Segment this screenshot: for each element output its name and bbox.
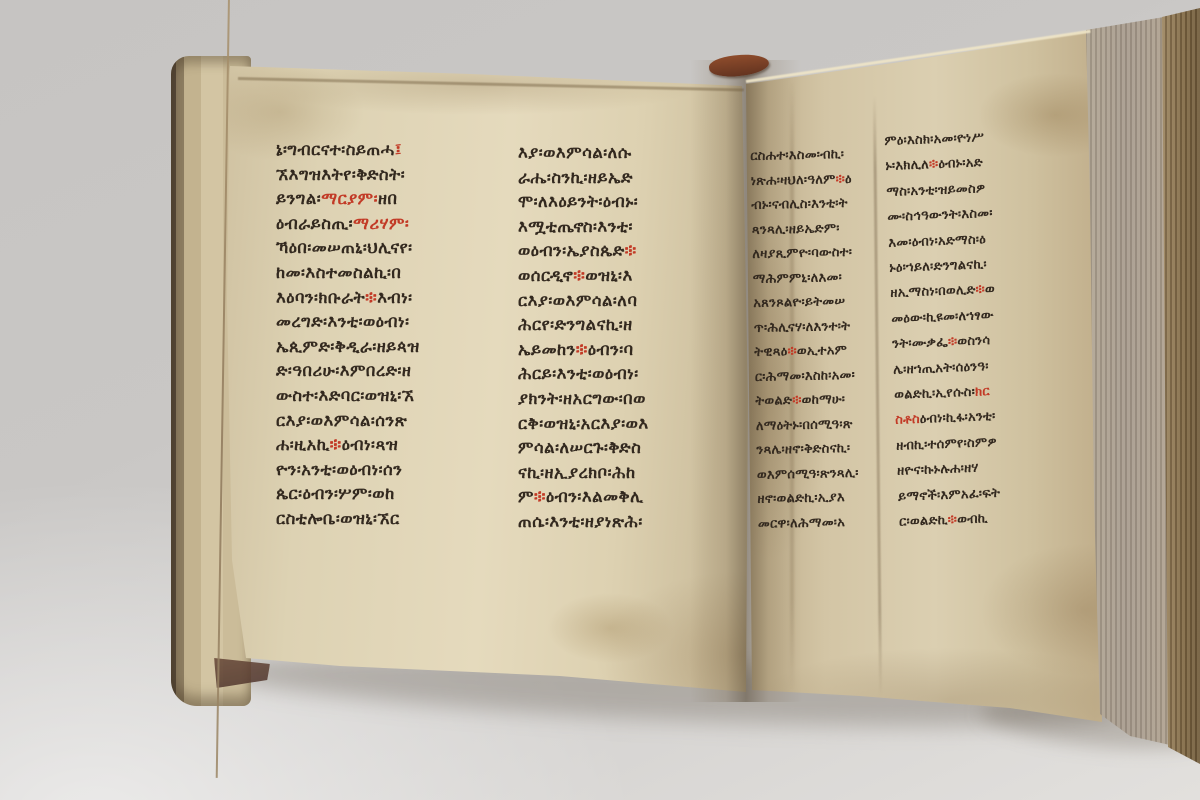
black-ink-text: ወብኪ	[957, 511, 988, 527]
black-ink-text: ዕብነ፡ኪፋ፡አንቲ፡	[920, 409, 996, 427]
rubric-red-text: ፨	[576, 340, 588, 359]
manuscript-text-line: ሞ፡ለእዕይንት፡ዕብኑ፡	[518, 190, 748, 215]
manuscript-text-line: ማሕምምኒ፡ለእመ፡	[753, 265, 885, 292]
black-ink-text: ወልድኪ፡ኢየሱስ፡	[894, 385, 975, 403]
black-ink-text: ውስተ፡እድባር፡ወዝኒ፡ኧ	[276, 386, 414, 405]
black-ink-text: ምዕ፡እስክ፡አመ፡ዮነሥ	[884, 130, 984, 149]
manuscript-text-line: ከመ፡እስተመስልኪ፡በ	[276, 261, 508, 286]
manuscript-text-line: እያ፡ወእምሳል፡ለሱ	[518, 141, 748, 166]
black-ink-text: ም	[518, 487, 534, 506]
manuscript-text-line: ለዛያጺምዮ፡ባውስተ፡	[752, 240, 884, 267]
black-ink-text: ለዛያጺምዮ፡ባውስተ፡	[752, 245, 852, 262]
manuscript-text-line: ጴር፡ዕብን፡ሦም፡ወከ	[276, 482, 508, 507]
black-ink-text: ሕርየ፡ድንግልናኪ፡ዘ	[518, 315, 633, 334]
manuscript-text-line: ጠሴ፡እንቲ፡ዘያነጽሕ፡	[518, 510, 748, 535]
black-ink-text: ጠሴ፡እንቲ፡ዘያነጽሕ፡	[518, 512, 643, 531]
black-ink-text: ኑ፡እክሊለ	[885, 158, 929, 175]
manuscript-text-line: ኤጲምድ፡ቅዲራ፡ዘይጳዝ	[276, 335, 508, 360]
manuscript-text-line: ም፨ዕብን፡እልመቅሊ	[518, 485, 748, 510]
photo-backdrop: ኔ፡ግብርናተ፡ስይጠሓ፤ኧእግዝእትየ፡ቅድስት፡ይንግል፡ማርያም፡ዘበዕብ…	[0, 0, 1200, 800]
black-ink-text: እብነ፡	[377, 288, 412, 307]
black-ink-text: ያክንት፡ዘአርግው፡በወ	[518, 389, 646, 408]
black-ink-text: ዮን፡አንቲ፡ወዕብነ፡ሰን	[276, 460, 402, 479]
right-page-text-column-2: ምዕ፡እስክ፡አመ፡ዮነሥኑ፡እክሊለ፨ዕብኑ፡አድማስ፡አንቲ፡ዝይመስዎሙ፡…	[884, 124, 1038, 535]
manuscript-text-line: ወሰርዲኖ፨ወዝኒ፡እ	[518, 264, 748, 289]
black-ink-text: ሕርይ፡እንቲ፡ወዕብነ፡	[518, 364, 639, 383]
black-ink-text: ወእምሰሚዓ፡ጽንጻሊ፡	[757, 465, 859, 482]
black-ink-text: መዕው፡ኪዩመ፡ለኀፃው	[891, 308, 994, 327]
manuscript-text-line: ያክንት፡ዘአርግው፡በወ	[518, 387, 748, 412]
black-ink-text: ምሳል፡ለሠርጉ፡ቅድስ	[518, 438, 641, 457]
black-ink-text: ዘኢማስነ፡በወሊድ	[890, 283, 976, 301]
manuscript-text-line: ወእምሰሚዓ፡ጽንጻሊ፡	[757, 461, 889, 488]
black-ink-text: ርእያ፡ወእምሳል፡ሰንጽ	[276, 411, 407, 430]
black-ink-text: ኤጲምድ፡ቅዲራ፡ዘይጳዝ	[276, 337, 420, 356]
black-ink-text: ዘበ	[378, 189, 397, 208]
manuscript-text-line: ሕርየ፡ድንግልናኪ፡ዘ	[518, 313, 748, 338]
black-ink-text: ወዝኒ፡እ	[585, 266, 632, 285]
manuscript-text-line: ሕርይ፡እንቲ፡ወዕብነ፡	[518, 362, 748, 387]
manuscript-text-line: ኻዕበ፡መሠጠኒ፡ህሊናየ፡	[276, 236, 508, 261]
manuscript-text-line: ነጽሐ፡ዛህለ፡ዓለም፨ዕ	[751, 167, 883, 194]
manuscript-text-line: ወዕብን፡ኤያስጴድ፨	[518, 239, 748, 264]
black-ink-text: ዕብኑ፡አድ	[938, 156, 983, 173]
manuscript-text-line: ይንግል፡ማርያም፡ዘበ	[276, 187, 508, 212]
manuscript-text-line: ለማዕትኑ፡በሰሚዓ፡ጽ	[756, 412, 888, 439]
black-ink-text: ጥ፡ሕሊናሃ፡ለእንተ፡ት	[754, 318, 851, 335]
black-ink-text: ኧእግዝእትየ፡ቅድስት፡	[276, 165, 405, 184]
black-ink-text: ዕብን፡እልመቅሊ	[546, 487, 643, 506]
black-ink-text: ንት፡ሙቃፌ	[892, 335, 948, 352]
manuscript-text-line: ድ፡ዓበሪሁ፡እምበረድ፡ዘ	[276, 359, 508, 384]
black-ink-text: ድ፡ዓበሪሁ፡እምበረድ፡ዘ	[276, 361, 411, 380]
manuscript-text-line: ዕብራይስጢ፡ማሪሃም፡	[276, 212, 508, 237]
right-page-text-column-1: ርስሐተ፡እስመ፡ብኪ፡ነጽሐ፡ዛህለ፡ዓለም፨ዕብኑ፡ናብሊስ፡እንቲ፡ትጻን…	[750, 142, 890, 537]
manuscript-text-line: ብኑ፡ናብሊስ፡እንቲ፡ት	[751, 191, 883, 218]
black-ink-text: ዕ	[845, 171, 852, 186]
manuscript-text-line: አጸንጾልዮ፡ይትመሠ	[753, 289, 885, 316]
manuscript-text-line: ናኪ፡ዘኢያረክቦ፡ሕከ	[518, 461, 748, 486]
manuscript-text-line: ምሳል፡ለሠርጉ፡ቅድስ	[518, 436, 748, 461]
manuscript-text-line: ኤይመከን፨ዕብን፡ባ	[518, 338, 748, 363]
rubric-red-text: ማሪሃም፡	[353, 214, 409, 233]
black-ink-text: ርቅ፡ወዝኒ፡አርእያ፡ወእ	[518, 414, 649, 433]
black-ink-text: ርስቲሎቤ፡ወዝኒ፡ኧር	[276, 509, 400, 528]
manuscript-text-line: ኧእግዝእትየ፡ቅድስት፡	[276, 163, 508, 188]
rubric-red-text: ፨	[787, 344, 797, 359]
black-ink-text: ወዕብን፡ኤያስጴድ	[518, 241, 625, 260]
manuscript-text-line: ኔ፡ግብርናተ፡ስይጠሓ፤	[276, 138, 508, 163]
rubric-red-text: ፨	[365, 288, 377, 307]
black-ink-text: ዕብነ፡ጻዝ	[342, 435, 398, 454]
black-ink-text: ወከማሁ፡	[802, 392, 846, 408]
manuscript-text-line: ንጻሌ፡ዘኖ፡ቅድስናኪ፡	[756, 436, 888, 463]
black-ink-text: ኑዕ፡ኀይለ፡ድንግልናኪ፡	[889, 257, 987, 276]
manuscript-text-line: ር፡ወልድኪ፨ወብኪ	[899, 505, 1038, 536]
manuscript-text-line: ርስሐተ፡እስመ፡ብኪ፡	[750, 142, 882, 169]
rubric-red-text: ክር	[975, 384, 990, 400]
black-ink-text: ማስ፡አንቲ፡ዝይመስዎ	[886, 181, 985, 200]
black-ink-text: ር፡ወልድኪ	[899, 513, 948, 530]
rubric-red-text: ፤	[395, 140, 402, 159]
black-ink-text: ወ	[985, 282, 996, 297]
manuscript-text-line: መርዋ፡ለሕማመ፡አ	[758, 510, 890, 537]
black-ink-text: ሙ፡ስኅዓውንት፡እስመ፡	[887, 206, 993, 225]
black-ink-text: ትዊጻዕ	[754, 344, 787, 360]
manuscript-text-line: መረግድ፡እንቲ፡ወዕብነ፡	[276, 310, 508, 335]
black-ink-text: መርዋ፡ለሕማመ፡አ	[758, 515, 845, 532]
manuscript-text-line: ትወልድ፨ወከማሁ፡	[755, 387, 887, 414]
black-ink-text: ነጽሐ፡ዛህለ፡ዓለም	[751, 172, 836, 189]
manuscript-text-line: እሟቲጤኖስ፡እንቲ፡	[518, 215, 748, 240]
black-ink-text: ማሕምምኒ፡ለእመ፡	[753, 270, 843, 287]
manuscript-text-line: ርቅ፡ወዝኒ፡አርእያ፡ወእ	[518, 412, 748, 437]
manuscript-text-line: ርእያ፡ወእምሳል፡ሰንጽ	[276, 409, 508, 434]
black-ink-text: ኤይመከን	[518, 340, 576, 359]
black-ink-text: አጸንጾልዮ፡ይትመሠ	[753, 294, 845, 311]
black-ink-text: ኔ፡ግብርናተ፡ስይጠሓ	[276, 140, 395, 159]
black-ink-text: ለማዕትኑ፡በሰሚዓ፡ጽ	[756, 416, 853, 433]
black-ink-text: ይማኖች፡እምአፈ፡ፍት	[898, 486, 1001, 505]
black-ink-text: ብኑ፡ናብሊስ፡እንቲ፡ት	[751, 196, 848, 213]
black-ink-text: ዘኖ፡ወልድኪ፡ኢያእ	[757, 490, 845, 507]
black-ink-text: ዘብኪ፡ተሰምየ፡ስምዎ	[896, 435, 997, 454]
manuscript-text-line: ዮን፡አንቲ፡ወዕብነ፡ሰን	[276, 458, 508, 483]
manuscript-text-line: ራሔ፡ስንኪ፡ዘይኤድ	[518, 166, 748, 191]
black-ink-text: ርስሐተ፡እስመ፡ብኪ፡	[750, 147, 844, 164]
manuscript-text-line: እዕባን፡ክቡራት፨እብነ፡	[276, 286, 508, 311]
manuscript-text-line: ጻንጻሊ፡ዘይኤድም፡	[752, 216, 884, 243]
black-ink-text: መረግድ፡እንቲ፡ወዕብነ፡	[276, 312, 409, 331]
manuscript-text-line: ሐ፡ዚአኪ፨ዕብነ፡ጻዝ	[276, 433, 508, 458]
manuscript-text-line: ውስተ፡እድባር፡ወዝኒ፡ኧ	[276, 384, 508, 409]
manuscript-text-line: ር፡ሕማመ፡እስከ፡አመ፡	[755, 363, 887, 390]
black-ink-text: ንጻሌ፡ዘኖ፡ቅድስናኪ፡	[756, 441, 850, 458]
black-ink-text: ከመ፡እስተመስልኪ፡በ	[276, 263, 401, 282]
rubric-red-text: ማርያም፡	[321, 189, 378, 208]
manuscript-text-line: ርስቲሎቤ፡ወዝኒ፡ኧር	[276, 507, 508, 532]
black-ink-text: ሐ፡ዚአኪ	[276, 435, 330, 454]
black-ink-text: ጴር፡ዕብን፡ሦም፡ወከ	[276, 484, 395, 503]
left-page-text-column-1: ኔ፡ግብርናተ፡ስይጠሓ፤ኧእግዝእትየ፡ቅድስት፡ይንግል፡ማርያም፡ዘበዕብ…	[276, 138, 508, 532]
black-ink-text: ዕብራይስጢ፡	[276, 214, 353, 233]
black-ink-text: ጻንጻሊ፡ዘይኤድም፡	[752, 221, 840, 238]
black-ink-text: ወስንሳ	[957, 333, 991, 349]
black-ink-text: ናኪ፡ዘኢያረክቦ፡ሕከ	[518, 463, 636, 482]
manuscript-text-line: ዘኖ፡ወልድኪ፡ኢያእ	[757, 485, 889, 512]
black-ink-text: እሟቲጤኖስ፡እንቲ፡	[518, 217, 633, 236]
black-ink-text: ሞ፡ለእዕይንት፡ዕብኑ፡	[518, 192, 638, 211]
black-ink-text: ኻዕበ፡መሠጠኒ፡ህሊናየ፡	[276, 238, 413, 257]
rubric-red-text: ፨	[975, 283, 985, 298]
rubric-red-text: ፨	[330, 435, 342, 454]
rubric-red-text: ፨	[625, 241, 637, 260]
black-ink-text: ዘዮና፡ኩኑሉሐ፡ዘሃ	[897, 461, 979, 479]
rubric-red-text: ፨	[534, 487, 546, 506]
black-ink-text: ወሰርዲኖ	[518, 266, 573, 285]
black-ink-text: እዕባን፡ክቡራት	[276, 288, 365, 307]
manuscript-text-line: ጥ፡ሕሊናሃ፡ለእንተ፡ት	[754, 314, 886, 341]
manuscript-text-line: ትዊጻዕ፨ወኢተአም	[754, 338, 886, 365]
black-ink-text: እመ፡ዕብነ፡አድማስ፡ዕ	[888, 232, 986, 251]
left-page-text-column-2: እያ፡ወእምሳል፡ለሱራሔ፡ስንኪ፡ዘይኤድሞ፡ለእዕይንት፡ዕብኑ፡እሟቲጤኖ…	[518, 141, 748, 535]
rubric-red-text: ስቶስ	[895, 412, 920, 428]
black-ink-text: ወኢተአም	[797, 343, 848, 359]
black-ink-text: ር፡ሕማመ፡እስከ፡አመ፡	[755, 367, 855, 384]
black-ink-text: ርእያ፡ወእምሳል፡ለባ	[518, 291, 637, 310]
black-ink-text: ራሔ፡ስንኪ፡ዘይኤድ	[518, 168, 633, 187]
black-ink-text: እያ፡ወእምሳል፡ለሱ	[518, 143, 632, 162]
black-ink-text: ዕብን፡ባ	[588, 340, 634, 359]
black-ink-text: ትወልድ	[755, 393, 792, 409]
manuscript-text-line: ርእያ፡ወእምሳል፡ለባ	[518, 289, 748, 314]
rubric-red-text: ፨	[573, 266, 585, 285]
black-ink-text: ይንግል፡	[276, 189, 321, 208]
black-ink-text: ሌ፡ዘኀጢአት፡ሰዕንዓ፡	[893, 359, 989, 378]
